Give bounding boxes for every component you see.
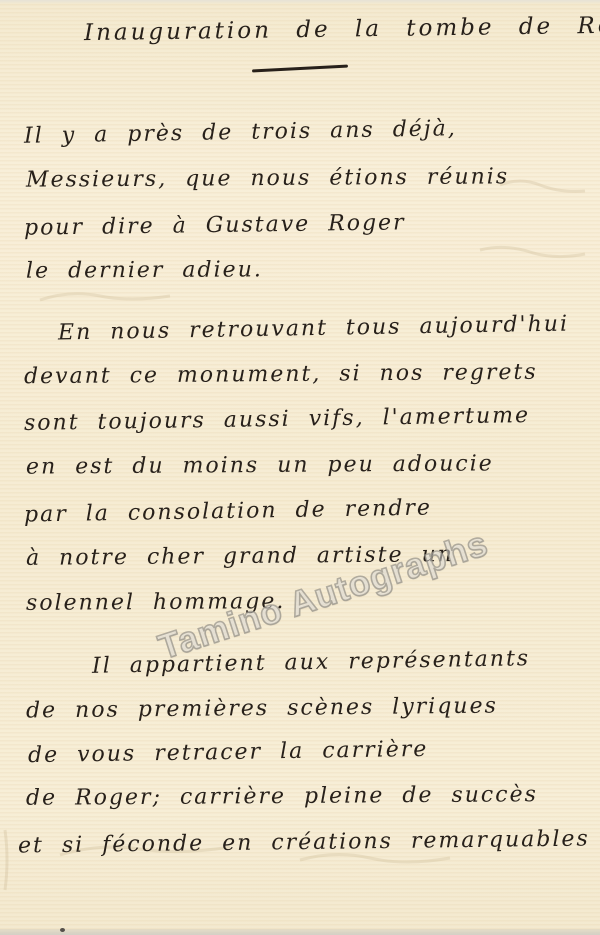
handwriting-line: et si féconde en créations remarquables [18,827,590,859]
handwriting-line: pour dire à Gustave Roger [24,210,406,240]
paper-top-edge [0,0,600,4]
letter-title: Inauguration de la tombe de Roger. [84,12,600,46]
handwriting-line: Messieurs, que nous étions réunis [26,164,509,192]
handwriting-line: par la consolation de rendre [24,495,432,527]
paper-speck [60,928,65,932]
handwriting-line: solennel hommage. [26,589,285,616]
handwriting-line: Il appartient aux représentants [92,646,530,679]
handwriting-line: devant ce monument, si nos regrets [24,360,538,389]
handwriting-line: Il y a près de trois ans déjà, [24,116,457,149]
title-underline [252,64,348,72]
handwriting-line: de nos premières scènes lyriques [26,694,498,724]
handwriting-line: sont toujours aussi vifs, l'amertume [24,403,530,436]
handwriting-line: de vous retracer la carrière [28,737,429,768]
handwritten-letter-photo: Inauguration de la tombe de Roger. Il y … [0,0,600,935]
handwriting-line: de Roger; carrière pleine de succès [26,782,538,811]
handwriting-line: en est du moins un peu adoucie [26,451,494,479]
handwriting-line: le dernier adieu. [26,257,263,283]
paper-bottom-edge [0,929,600,935]
handwriting-line: En nous retrouvant tous aujourd'hui [58,312,569,346]
handwriting-line: à notre cher grand artiste un [26,542,454,571]
